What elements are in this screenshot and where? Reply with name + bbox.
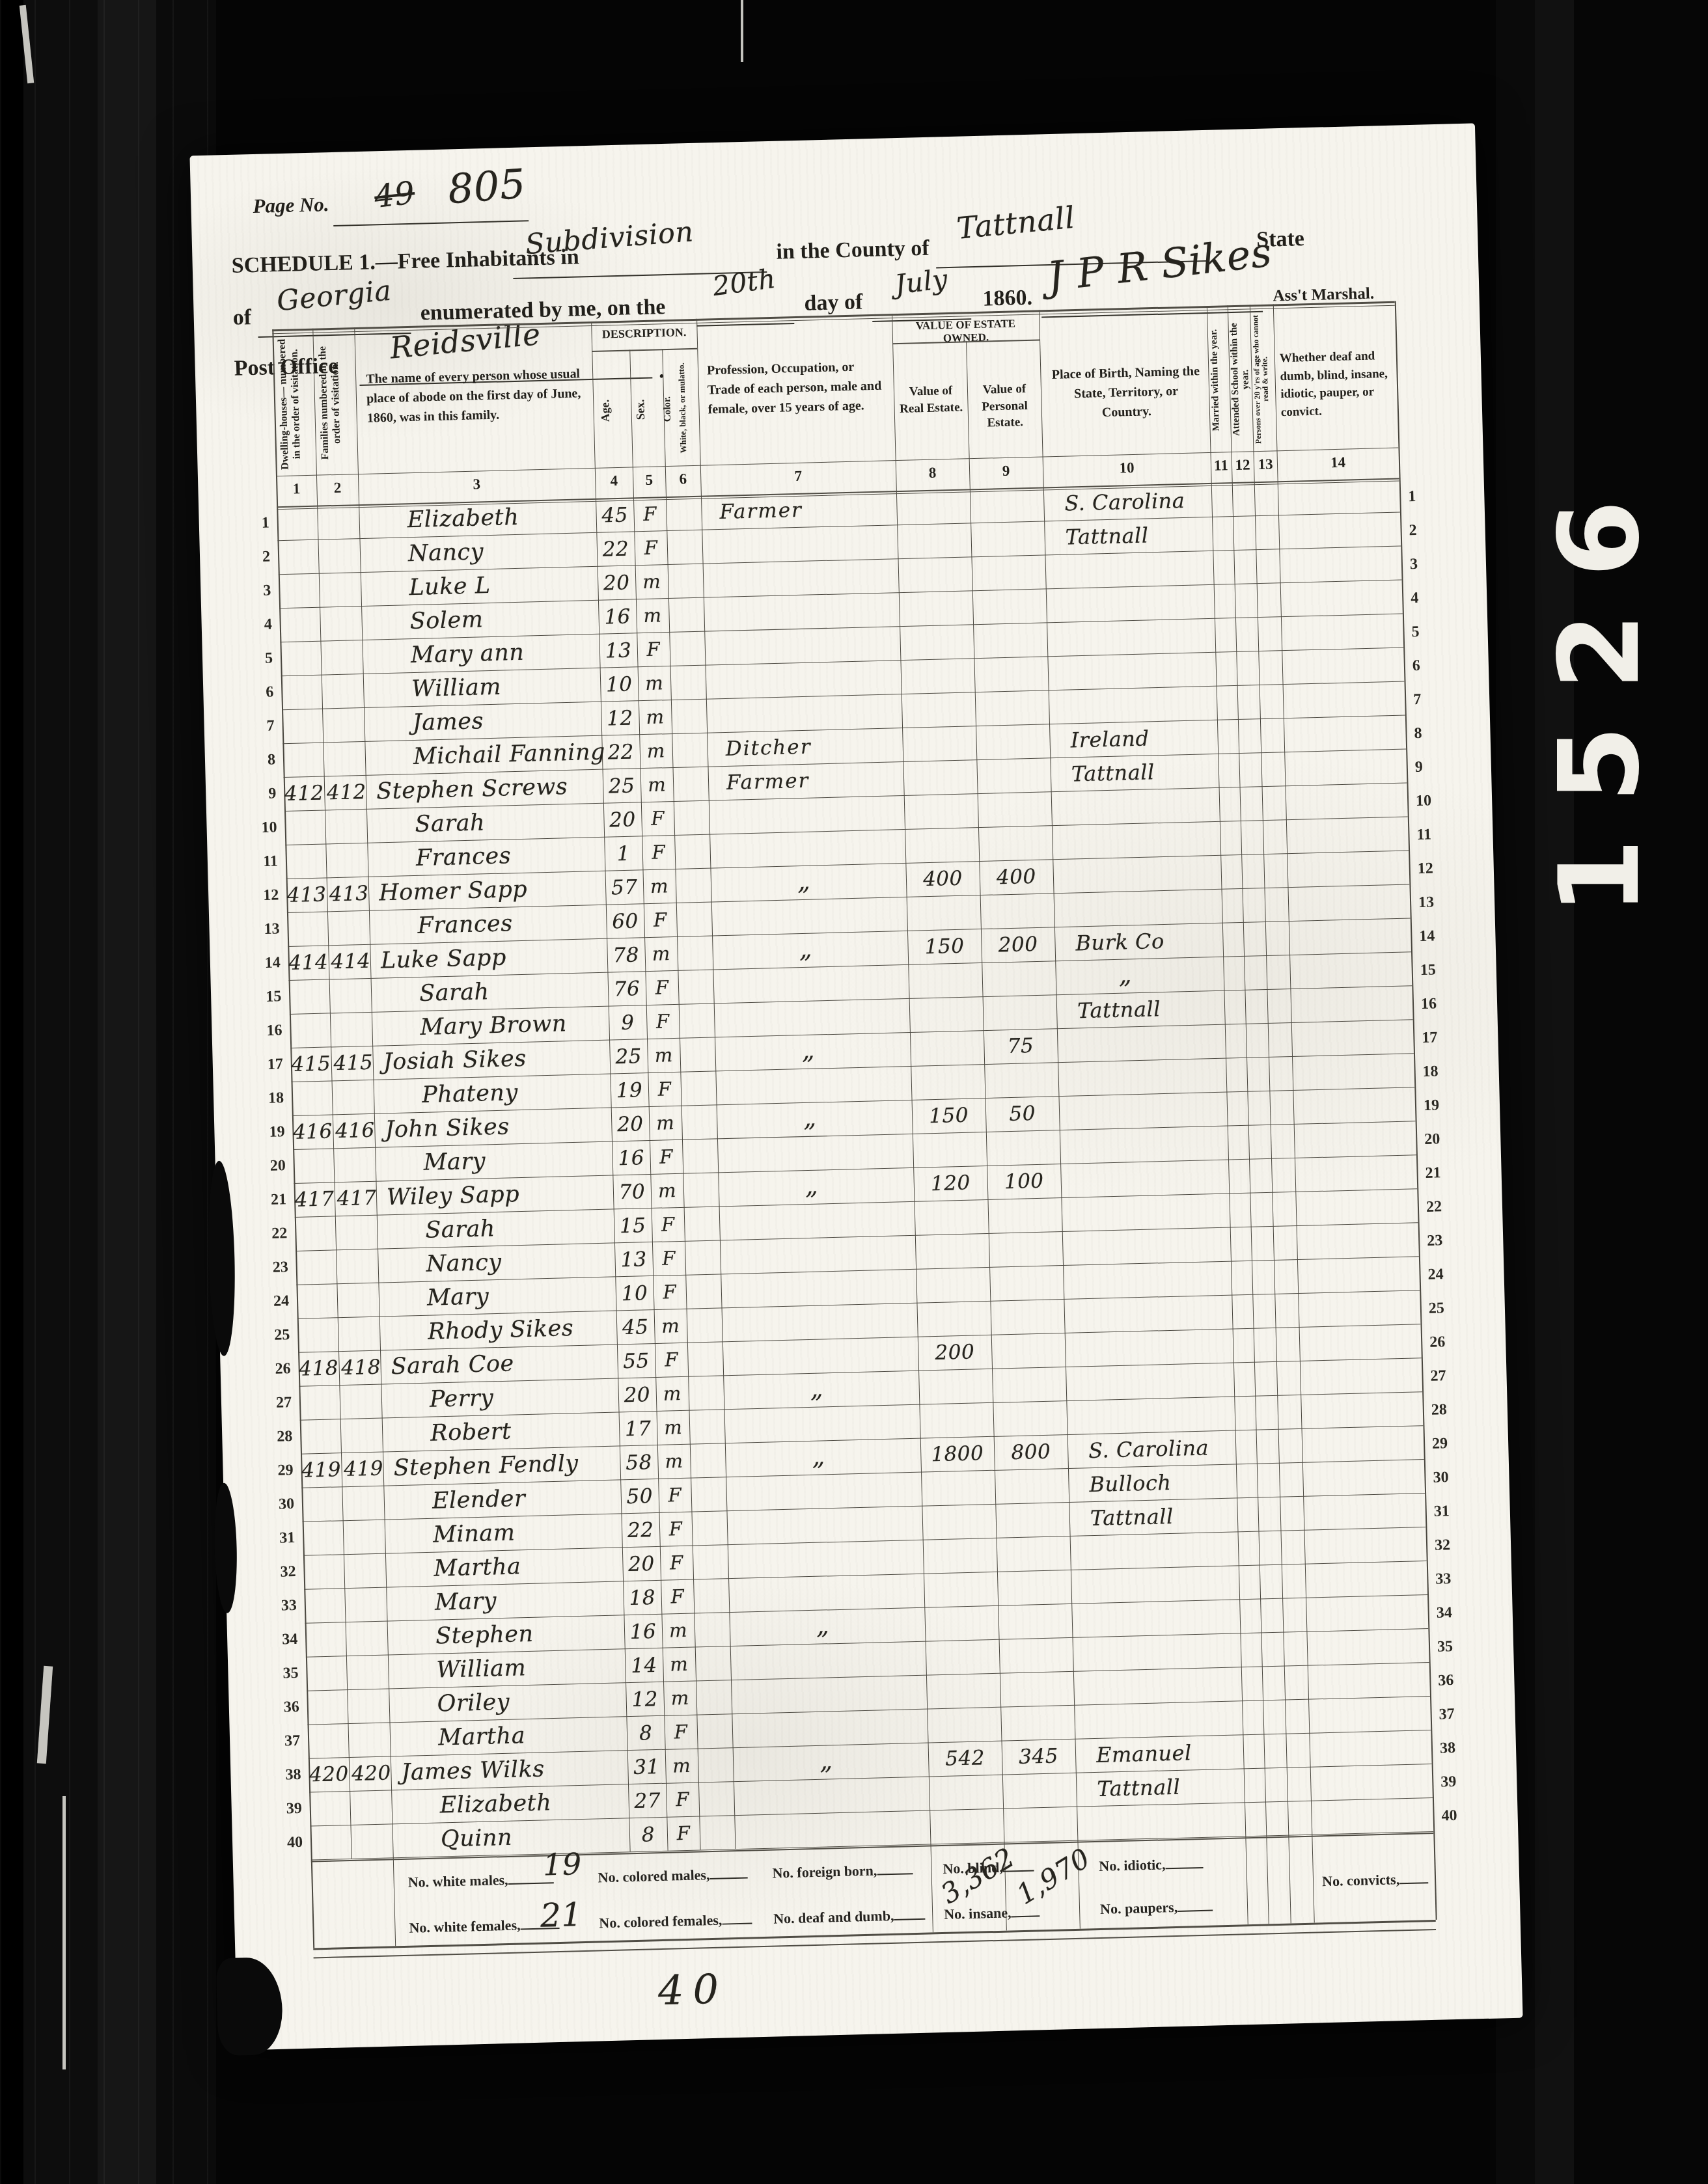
sex-value: m (663, 1653, 696, 1676)
col-header-families: Families numbered in the order of visita… (316, 334, 355, 471)
column-number: 9 (969, 461, 1043, 480)
grid-vline (1250, 305, 1291, 1923)
family-number: 412 (325, 780, 368, 805)
age-value: 19 (611, 1078, 649, 1102)
age-value: 16 (612, 1146, 650, 1170)
deaf-dumb-label: No. deaf and dumb, (773, 1907, 926, 1928)
person-name: Sarah (419, 979, 489, 1007)
line-number-left: 26 (260, 1360, 291, 1378)
sex-value: F (666, 1788, 699, 1810)
sex-value: F (667, 1822, 700, 1844)
sex-value: F (650, 1145, 683, 1168)
line-number-right: 19 (1424, 1097, 1454, 1115)
line-number-right: 31 (1433, 1503, 1464, 1521)
occupation-value: „ (810, 1374, 825, 1403)
colored-females-label: No. colored females, (599, 1911, 752, 1931)
line-number-left: 33 (267, 1597, 297, 1615)
line-number-right: 13 (1418, 894, 1449, 912)
personal-estate-value: 200 (981, 932, 1055, 957)
col-header-school: Attended School within the year. (1229, 312, 1252, 446)
line-number-left: 20 (255, 1157, 286, 1175)
foreign-born-label: No. foreign born, (772, 1861, 913, 1881)
age-value: 58 (620, 1451, 658, 1475)
line-number-right: 25 (1429, 1300, 1459, 1318)
line-number-right: 18 (1422, 1063, 1453, 1081)
person-name: Wiley Sapp (387, 1181, 520, 1210)
birthplace-value: Tattnall (1071, 759, 1155, 786)
age-value: 12 (601, 706, 639, 730)
birthplace-value: S. Carolina (1088, 1435, 1209, 1463)
age-value: 20 (611, 1112, 650, 1136)
line-number-right: 16 (1421, 995, 1452, 1013)
age-value: 20 (618, 1383, 656, 1407)
white-females-total: 21 (540, 1896, 583, 1935)
line-number-left: 37 (270, 1732, 301, 1751)
col-header-personal: Value of Personal Estate. (972, 381, 1038, 432)
line-number-right: 12 (1417, 860, 1448, 878)
line-number-left: 5 (243, 649, 273, 668)
line-number-left: 2 (240, 549, 271, 567)
line-number-left: 6 (243, 683, 274, 702)
occupation-value: „ (799, 935, 814, 964)
line-number-right: 2 (1409, 521, 1439, 539)
page-total: 40 (657, 1965, 728, 2014)
column-number: 6 (665, 471, 701, 488)
dwelling-number: 419 (299, 1458, 343, 1482)
age-value: 16 (598, 605, 637, 629)
age-value: 20 (598, 571, 636, 595)
grid-vline (1273, 304, 1315, 1922)
white-males-total: 19 (542, 1846, 582, 1882)
line-number-right: 21 (1425, 1164, 1455, 1182)
column-number: 4 (595, 472, 633, 489)
subdivision-value: Subdivision (524, 215, 695, 261)
real-estate-total: 3,362 (935, 1841, 1020, 1910)
column-number: 12 (1232, 456, 1254, 474)
age-value: 17 (619, 1417, 657, 1441)
sex-value: F (660, 1551, 693, 1574)
family-number: 417 (336, 1186, 378, 1211)
person-name: Sarah (425, 1216, 495, 1244)
microfilm-scan: 1526 Page No. 49 805 SCHEDULE 1.—Free In… (0, 0, 1708, 2184)
sex-value: m (657, 1450, 691, 1473)
age-value: 20 (603, 808, 642, 832)
dwelling-number: 414 (286, 950, 330, 975)
line-number-right: 22 (1426, 1198, 1457, 1216)
table-grid (189, 123, 1474, 156)
age-value: 14 (625, 1654, 663, 1678)
line-number-right: 32 (1435, 1536, 1465, 1555)
person-name: Mary (423, 1148, 486, 1175)
age-value: 13 (599, 638, 637, 662)
age-value: 45 (616, 1315, 655, 1339)
sex-value: F (653, 1281, 686, 1304)
person-name: Mary Brown (420, 1011, 567, 1041)
personal-estate-value: 345 (1002, 1744, 1076, 1769)
film-damage (213, 1482, 238, 1613)
line-number-right: 14 (1419, 927, 1450, 946)
occupation-value: „ (805, 1171, 820, 1200)
day-value: 20th (711, 263, 777, 302)
line-number-right: 38 (1440, 1739, 1470, 1757)
age-value: 8 (629, 1823, 668, 1847)
sex-value: m (643, 875, 676, 897)
page-no-value: 805 (446, 159, 527, 213)
line-number-right: 29 (1432, 1435, 1463, 1453)
family-number: 420 (350, 1761, 393, 1786)
age-value: 10 (615, 1281, 654, 1305)
row-numbers-right: 1234567891011121314151617181920212223242… (189, 123, 1474, 156)
person-name: Luke L (409, 573, 491, 601)
occupation-value: „ (801, 1036, 816, 1065)
line-number-left: 21 (256, 1191, 287, 1209)
age-value: 22 (601, 740, 640, 764)
line-number-left: 10 (247, 819, 277, 837)
line-number-right: 27 (1430, 1367, 1461, 1385)
column-number: 5 (633, 471, 666, 489)
film-scratch (62, 1796, 66, 2069)
line-number-right: 28 (1431, 1401, 1462, 1419)
real-estate-value: 200 (918, 1340, 992, 1365)
age-value: 15 (614, 1214, 652, 1238)
person-name: Martha (434, 1553, 521, 1581)
sex-value: m (644, 942, 678, 965)
row-numbers-left: 1234567891011121314151617181920212223242… (189, 123, 1474, 156)
real-estate-value: 120 (913, 1171, 987, 1196)
sex-value: F (659, 1518, 693, 1540)
sex-value: F (661, 1585, 694, 1608)
line-number-right: 30 (1433, 1469, 1463, 1487)
person-name: Stephen Fendly (393, 1451, 579, 1481)
line-number-left: 12 (249, 886, 279, 905)
person-name: John Sikes (385, 1114, 510, 1143)
occupation-value: Ditcher (725, 735, 812, 761)
line-number-right: 23 (1427, 1232, 1457, 1250)
occupation-value: „ (803, 1104, 818, 1133)
day-underline (696, 323, 794, 327)
line-number-left: 30 (264, 1495, 295, 1514)
sex-value: F (665, 1721, 698, 1743)
birthplace-value: Burk Co (1075, 929, 1164, 955)
idiotic-label: No. idiotic, (1099, 1855, 1204, 1875)
line-number-left: 28 (262, 1428, 293, 1446)
real-estate-value: 150 (912, 1103, 986, 1128)
person-name: Elizabeth (407, 504, 519, 533)
sex-value: m (635, 570, 668, 593)
line-number-left: 11 (248, 853, 279, 871)
person-name: Oriley (437, 1689, 510, 1717)
dwelling-number: 416 (291, 1119, 335, 1144)
age-value: 31 (627, 1755, 666, 1779)
grid-vline (966, 341, 1007, 1930)
person-name: Stephen Screws (376, 774, 568, 804)
dwelling-number: 412 (282, 781, 326, 806)
person-name: James (412, 708, 484, 736)
person-name: Solem (409, 607, 484, 635)
age-value: 25 (603, 774, 641, 798)
age-value: 9 (609, 1011, 647, 1035)
age-value: 20 (622, 1552, 661, 1576)
sex-value: F (646, 976, 679, 999)
of-label: of (232, 305, 251, 331)
line-number-left: 34 (268, 1631, 298, 1649)
line-number-left: 32 (266, 1563, 296, 1581)
age-value: 76 (608, 977, 646, 1001)
line-number-left: 13 (249, 920, 280, 938)
age-value: 70 (613, 1180, 652, 1204)
age-value: 1 (604, 841, 642, 866)
age-value: 22 (597, 537, 635, 561)
person-name: James Wilks (401, 1756, 545, 1786)
sex-value: F (641, 807, 674, 830)
column-number: 14 (1277, 453, 1399, 473)
line-number-right: 24 (1427, 1266, 1458, 1284)
person-name: Mary (434, 1588, 497, 1615)
personal-estate-value: 75 (984, 1033, 1058, 1059)
sex-value: m (657, 1416, 690, 1439)
age-value: 13 (614, 1248, 653, 1272)
person-name: Perry (429, 1385, 493, 1412)
line-number-right: 5 (1411, 623, 1442, 641)
line-number-left: 19 (255, 1123, 285, 1141)
age-value: 50 (620, 1484, 659, 1508)
col-header-condition: Whether deaf and dumb, blind, insane, id… (1280, 347, 1396, 422)
dwelling-number: 417 (293, 1187, 337, 1212)
line-number-left: 39 (271, 1800, 302, 1818)
birthplace-value: „ (1118, 960, 1132, 989)
sex-value: F (637, 638, 670, 661)
family-number: 413 (328, 882, 370, 907)
sex-value: F (635, 536, 668, 559)
line-number-right: 7 (1413, 690, 1444, 709)
line-number-left: 40 (273, 1834, 303, 1852)
age-value: 78 (607, 943, 645, 967)
line-number-left: 22 (257, 1225, 288, 1243)
real-estate-value: 542 (928, 1746, 1002, 1771)
personal-estate-value: 100 (987, 1169, 1061, 1194)
grid-vline (1207, 306, 1248, 1924)
line-number-left: 8 (245, 751, 276, 769)
occupation-value: „ (820, 1746, 834, 1775)
dwelling-number: 420 (307, 1762, 351, 1787)
column-number: 3 (358, 473, 596, 496)
person-name: Robert (430, 1419, 512, 1447)
col-header-sex: Sex. (633, 359, 661, 460)
sex-value: m (663, 1687, 696, 1710)
line-number-left: 1 (239, 515, 269, 533)
line-number-right: 15 (1420, 961, 1450, 979)
occupation-value: Farmer (726, 769, 810, 795)
sex-value: m (651, 1179, 684, 1202)
birthplace-value: S. Carolina (1064, 488, 1185, 516)
table-rows: Elizabeth45FFarmerS. CarolinaNancy22FTat… (189, 123, 1474, 156)
sex-value: F (633, 502, 667, 525)
line-number-right: 17 (1422, 1029, 1452, 1047)
line-number-right: 39 (1440, 1773, 1471, 1791)
line-number-right: 10 (1416, 792, 1446, 810)
age-value: 22 (622, 1518, 660, 1542)
occupation-value: „ (812, 1441, 827, 1471)
sex-value: F (652, 1213, 685, 1236)
person-name: Elizabeth (439, 1790, 551, 1818)
age-value: 45 (596, 503, 634, 527)
county-value: Tattnall (955, 200, 1076, 246)
page-no-underline (333, 220, 529, 226)
birthplace-value: Tattnall (1090, 1504, 1174, 1531)
col-header-name: The name of every person whose usual pla… (366, 364, 586, 428)
line-number-right: 20 (1424, 1130, 1455, 1149)
person-name: Phateny (422, 1080, 519, 1108)
person-name: Minam (433, 1520, 516, 1548)
line-number-right: 37 (1439, 1705, 1469, 1723)
person-name: William (411, 674, 502, 702)
sex-value: m (639, 705, 672, 728)
birthplace-value: Bulloch (1089, 1470, 1172, 1497)
dwelling-number: 415 (289, 1052, 333, 1076)
occupation-value: Farmer (719, 498, 803, 524)
col-header-age: Age. (598, 360, 627, 461)
sex-value: m (649, 1112, 682, 1134)
line-number-left: 4 (241, 616, 272, 634)
sex-value: F (644, 908, 677, 931)
line-number-left: 16 (252, 1022, 282, 1040)
family-number: 415 (332, 1051, 374, 1076)
page-no-struck: 49 (372, 174, 417, 215)
sex-value: m (638, 672, 671, 694)
family-number: 419 (342, 1457, 385, 1482)
sex-value: m (665, 1754, 698, 1777)
line-number-left: 18 (254, 1089, 284, 1108)
page-no-label: Page No. (253, 193, 329, 218)
sex-value: m (662, 1619, 695, 1642)
line-number-left: 23 (258, 1259, 288, 1277)
in-county-label: in the County of (776, 236, 930, 265)
sex-value: F (642, 841, 675, 864)
grid-vline (1228, 305, 1269, 1924)
age-value: 27 (628, 1789, 667, 1813)
person-name: Mary ann (411, 640, 525, 668)
line-number-left: 24 (259, 1292, 290, 1311)
line-number-left: 7 (244, 717, 275, 735)
sex-value: m (647, 1044, 680, 1067)
age-value: 12 (626, 1687, 664, 1712)
person-name: Martha (438, 1723, 526, 1751)
line-number-right: 26 (1429, 1333, 1460, 1352)
person-name: Mary (427, 1283, 489, 1311)
col-header-color-note: White, black, or mulatto. (676, 353, 698, 463)
line-number-left: 9 (246, 785, 277, 803)
col-header-birth: Place of Birth, Naming the State, Territ… (1048, 361, 1204, 424)
col-header-real: Value of Real Estate. (899, 383, 963, 418)
white-females-label: No. white females, (409, 1916, 560, 1937)
age-value: 57 (605, 875, 644, 899)
person-name: Josiah Sikes (383, 1046, 527, 1076)
birthplace-value: Tattnall (1097, 1775, 1181, 1801)
sex-value: m (654, 1315, 687, 1337)
day-of-label: day of (804, 290, 863, 316)
colored-males-label: No. colored males, (598, 1866, 747, 1887)
real-estate-value: 400 (906, 866, 980, 892)
convicts-label: No. convicts, (1322, 1870, 1429, 1890)
line-number-left: 36 (269, 1699, 300, 1717)
line-number-left: 27 (262, 1394, 292, 1412)
group-header-description: Description. (591, 325, 696, 342)
line-number-left: 3 (241, 582, 271, 601)
person-name: Stephen (435, 1621, 534, 1650)
line-number-right: 8 (1414, 724, 1444, 743)
grid-vline (312, 329, 352, 1859)
occupation-value: „ (816, 1611, 831, 1640)
age-value: 18 (623, 1586, 661, 1610)
sex-value: F (652, 1247, 685, 1270)
grid-vline (696, 319, 736, 1849)
sex-value: m (639, 739, 672, 762)
person-name: Nancy (408, 539, 484, 567)
birthplace-value: Ireland (1070, 726, 1150, 752)
month-value: July (893, 264, 949, 301)
person-name: Elender (432, 1486, 525, 1514)
birthplace-value: Tattnall (1077, 996, 1161, 1023)
person-name: Rhody Sikes (428, 1315, 574, 1345)
sex-value: F (658, 1484, 691, 1507)
col-header-dwelling: Dwelling-houses— numbered in the order o… (277, 335, 314, 472)
column-number: 8 (896, 463, 970, 482)
age-value: 55 (617, 1349, 655, 1373)
personal-estate-value: 800 (994, 1440, 1068, 1465)
sex-value: F (646, 1010, 680, 1033)
line-number-left: 35 (268, 1665, 299, 1683)
dwelling-number: 413 (285, 882, 329, 907)
line-number-left: 14 (251, 954, 281, 972)
column-number: 11 (1211, 457, 1232, 474)
column-number: 2 (316, 479, 359, 497)
sex-value: m (636, 604, 669, 627)
column-number: 13 (1254, 456, 1278, 473)
person-name: William (436, 1655, 527, 1683)
line-number-right: 36 (1438, 1672, 1468, 1690)
signature: J P R Sikes (1045, 228, 1274, 301)
family-number: 416 (334, 1119, 376, 1143)
person-name: Frances (415, 843, 511, 871)
white-males-label: No. white males, (407, 1870, 554, 1891)
line-number-right: 11 (1416, 826, 1447, 844)
person-name: Nancy (426, 1249, 502, 1277)
line-number-right: 34 (1436, 1604, 1467, 1622)
film-edge-left (0, 0, 216, 2184)
line-number-right: 33 (1435, 1570, 1466, 1589)
person-name: Frances (417, 910, 513, 939)
film-damage (216, 1957, 284, 2056)
family-number: 418 (340, 1356, 382, 1380)
birthplace-value: Tattnall (1065, 523, 1149, 549)
age-value: 8 (627, 1721, 665, 1745)
line-number-right: 9 (1415, 758, 1446, 776)
film-scratch (741, 0, 743, 62)
person-name: Quinn (441, 1825, 513, 1853)
line-number-left: 15 (251, 988, 282, 1006)
year-label: 1860. (982, 286, 1032, 312)
personal-estate-value: 400 (979, 864, 1053, 890)
grid-hline (592, 348, 697, 352)
column-number: 1 (276, 480, 317, 498)
real-estate-value: 1800 (920, 1441, 995, 1467)
line-number-right: 4 (1411, 589, 1441, 607)
real-estate-value: 150 (907, 934, 982, 959)
line-number-right: 6 (1412, 657, 1443, 675)
sex-value: F (655, 1348, 688, 1371)
family-number: 414 (329, 949, 372, 974)
col-header-married: Married within the year. (1208, 313, 1230, 447)
